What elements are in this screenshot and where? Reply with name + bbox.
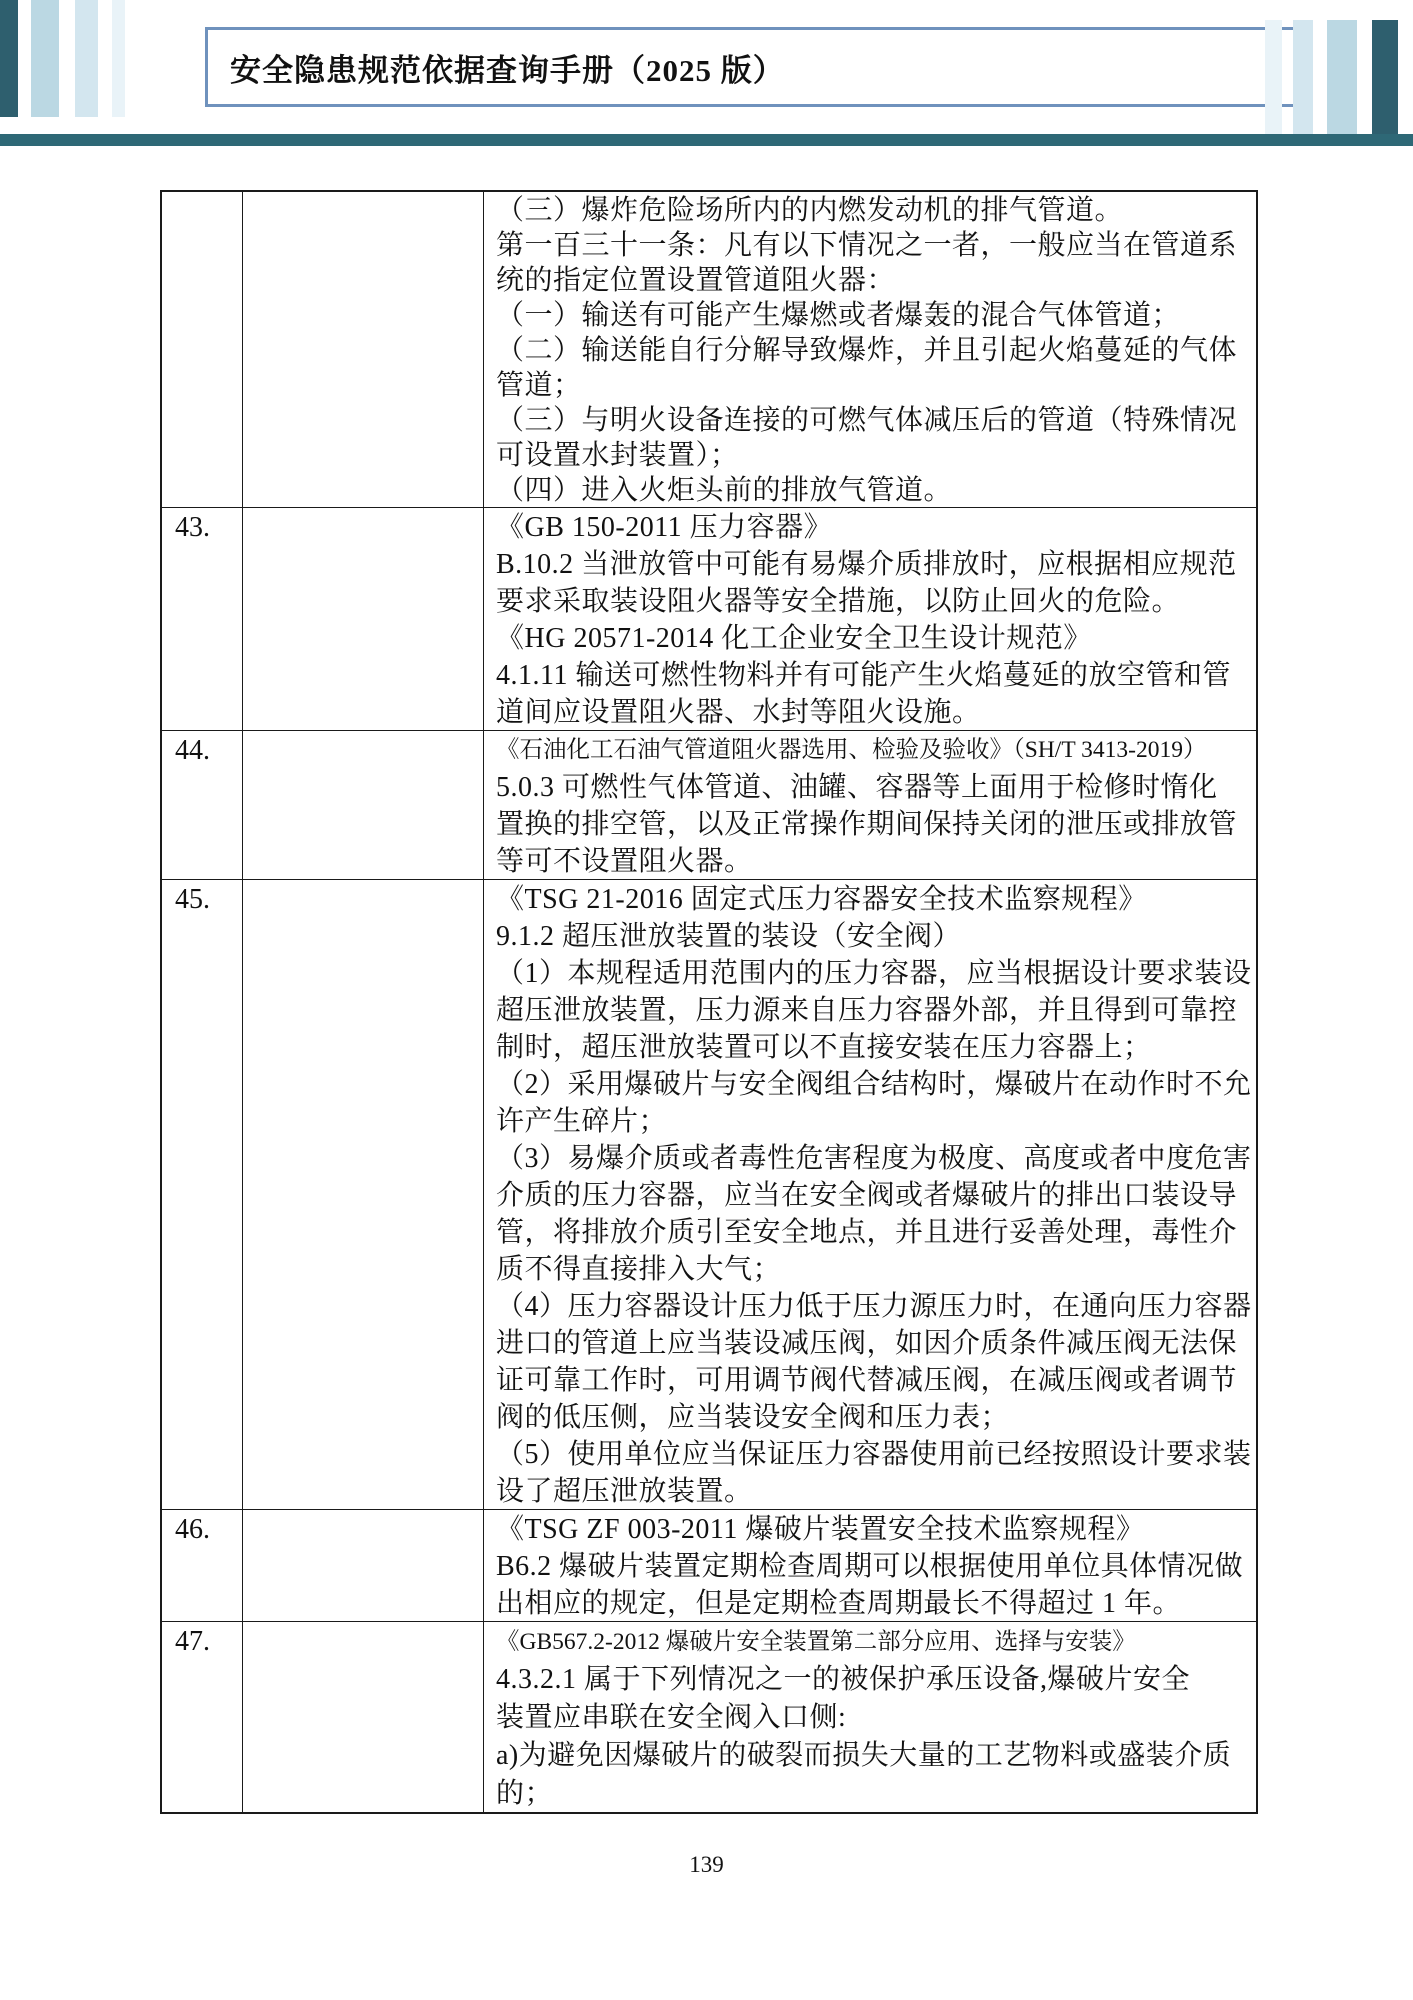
regulation-text-line: 4.3.2.1 属于下列情况之一的被保护承压设备,爆破片安全	[496, 1661, 1248, 1699]
table-row: 47.《GB567.2-2012 爆破片安全装置第二部分应用、选择与安装》4.3…	[162, 1621, 1256, 1812]
regulation-text-line: 5.0.3 可燃性气体管道、油罐、容器等上面用于检修时惰化	[496, 769, 1248, 806]
regulation-text-line: 《GB 150-2011 压力容器》	[496, 509, 1248, 546]
regulation-text-line: （4）压力容器设计压力低于压力源压力时，在通向压力容器	[496, 1288, 1248, 1325]
regulation-text-line: 《TSG ZF 003-2011 爆破片装置安全技术监察规程》	[496, 1511, 1248, 1548]
regulation-text-line: 《GB567.2-2012 爆破片安全装置第二部分应用、选择与安装》	[496, 1623, 1248, 1661]
hazard-description-cell	[242, 731, 484, 879]
document-page: 安全隐患规范依据查询手册（2025 版） （三）爆炸危险场所内的内燃发动机的排气…	[0, 0, 1413, 2000]
regulation-text-line: 第一百三十一条：凡有以下情况之一者，一般应当在管道系	[496, 228, 1248, 263]
hazard-description-cell	[242, 192, 484, 507]
regulation-text-line: （四）进入火炬头前的排放气管道。	[496, 473, 1248, 507]
regulation-text-cell: 《GB567.2-2012 爆破片安全装置第二部分应用、选择与安装》4.3.2.…	[484, 1622, 1256, 1812]
regulation-text-line: 管，将排放介质引至安全地点，并且进行妥善处理，毒性介	[496, 1214, 1248, 1251]
regulation-text-line: 统的指定位置设置管道阻火器：	[496, 263, 1248, 298]
regulation-text-line: （一）输送有可能产生爆燃或者爆轰的混合气体管道；	[496, 298, 1248, 333]
regulation-text-line: （三）与明火设备连接的可燃气体减压后的管道（特殊情况	[496, 403, 1248, 438]
regulation-text-line: （5）使用单位应当保证压力容器使用前已经按照设计要求装	[496, 1436, 1248, 1473]
regulation-text-line: 9.1.2 超压泄放装置的装设（安全阀）	[496, 918, 1248, 955]
header-left-bar-lighter	[75, 0, 98, 117]
page-number: 139	[0, 1852, 1413, 1878]
regulation-text-line: a)为避免因爆破片的破裂而损失大量的工艺物料或盛装介质	[496, 1737, 1248, 1775]
table-row: 43.《GB 150-2011 压力容器》B.10.2 当泄放管中可能有易爆介质…	[162, 507, 1256, 730]
regulation-text-line: 制时，超压泄放装置可以不直接安装在压力容器上；	[496, 1029, 1248, 1066]
regulation-text-line: 阀的低压侧，应当装设安全阀和压力表；	[496, 1399, 1248, 1436]
regulation-text-cell: 《TSG 21-2016 固定式压力容器安全技术监察规程》9.1.2 超压泄放装…	[484, 880, 1256, 1509]
header-right-bar-dark	[1372, 20, 1398, 142]
regulation-text-line: 《石油化工石油气管道阻火器选用、检验及验收》（SH/T 3413-2019）	[496, 732, 1248, 769]
regulation-text-line: 质不得直接排入大气；	[496, 1251, 1248, 1288]
regulation-text-line: 设了超压泄放装置。	[496, 1473, 1248, 1509]
header-right-bar-lightest	[1265, 20, 1282, 137]
page-title: 安全隐患规范依据查询手册（2025 版）	[208, 45, 785, 90]
regulation-text-line: 置换的排空管，以及正常操作期间保持关闭的泄压或排放管	[496, 806, 1248, 843]
row-number-cell: 43.	[162, 508, 242, 730]
regulation-text-line: 介质的压力容器，应当在安全阀或者爆破片的排出口装设导	[496, 1177, 1248, 1214]
regulation-text-line: 《HG 20571-2014 化工企业安全卫生设计规范》	[496, 620, 1248, 657]
regulation-text-cell: 《TSG ZF 003-2011 爆破片装置安全技术监察规程》B6.2 爆破片装…	[484, 1510, 1256, 1621]
regulation-text-line: B6.2 爆破片装置定期检查周期可以根据使用单位具体情况做	[496, 1548, 1248, 1585]
row-number-cell	[162, 192, 242, 507]
regulation-text-line: 进口的管道上应当装设减压阀，如因介质条件减压阀无法保	[496, 1325, 1248, 1362]
table-row: 45.《TSG 21-2016 固定式压力容器安全技术监察规程》9.1.2 超压…	[162, 879, 1256, 1509]
row-number-cell: 45.	[162, 880, 242, 1509]
header-left-bar-lightest	[112, 0, 125, 117]
row-number-cell: 44.	[162, 731, 242, 879]
hazard-description-cell	[242, 1510, 484, 1621]
row-number-cell: 47.	[162, 1622, 242, 1812]
regulation-text-line: 等可不设置阻火器。	[496, 843, 1248, 879]
regulation-text-line: 出相应的规定，但是定期检查周期最长不得超过 1 年。	[496, 1585, 1248, 1621]
regulation-text-cell: 《GB 150-2011 压力容器》B.10.2 当泄放管中可能有易爆介质排放时…	[484, 508, 1256, 730]
regulation-text-line: （3）易爆介质或者毒性危害程度为极度、高度或者中度危害	[496, 1140, 1248, 1177]
table-row: 44.《石油化工石油气管道阻火器选用、检验及验收》（SH/T 3413-2019…	[162, 730, 1256, 879]
table-row: 46.《TSG ZF 003-2011 爆破片装置安全技术监察规程》B6.2 爆…	[162, 1509, 1256, 1621]
regulation-text-cell: 《石油化工石油气管道阻火器选用、检验及验收》（SH/T 3413-2019）5.…	[484, 731, 1256, 879]
regulation-text-line: 4.1.11 输送可燃性物料并有可能产生火焰蔓延的放空管和管	[496, 657, 1248, 694]
row-number-cell: 46.	[162, 1510, 242, 1621]
regulation-text-line: 的；	[496, 1775, 1248, 1812]
header-title-box: 安全隐患规范依据查询手册（2025 版）	[205, 27, 1303, 107]
hazard-description-cell	[242, 880, 484, 1509]
regulation-text-line: （2）采用爆破片与安全阀组合结构时，爆破片在动作时不允	[496, 1066, 1248, 1103]
regulation-text-line: （1）本规程适用范围内的压力容器，应当根据设计要求装设	[496, 955, 1248, 992]
regulation-text-line: B.10.2 当泄放管中可能有易爆介质排放时，应根据相应规范	[496, 546, 1248, 583]
header-right-bar-light	[1327, 20, 1357, 137]
regulation-text-line: 许产生碎片；	[496, 1103, 1248, 1140]
hazard-description-cell	[242, 1622, 484, 1812]
header-right-bar-lighter	[1293, 20, 1313, 137]
hazard-description-cell	[242, 508, 484, 730]
regulation-text-line: 超压泄放装置，压力源来自压力容器外部，并且得到可靠控	[496, 992, 1248, 1029]
rules-table: （三）爆炸危险场所内的内燃发动机的排气管道。第一百三十一条：凡有以下情况之一者，…	[160, 190, 1258, 1814]
header-left-bar-light	[31, 0, 59, 117]
regulation-text-line: （三）爆炸危险场所内的内燃发动机的排气管道。	[496, 193, 1248, 228]
regulation-text-line: （二）输送能自行分解导致爆炸，并且引起火焰蔓延的气体	[496, 333, 1248, 368]
regulation-text-line: 可设置水封装置）；	[496, 438, 1248, 473]
table-row: （三）爆炸危险场所内的内燃发动机的排气管道。第一百三十一条：凡有以下情况之一者，…	[162, 192, 1256, 507]
regulation-text-line: 要求采取装设阻火器等安全措施，以防止回火的危险。	[496, 583, 1248, 620]
regulation-text-line: 道间应设置阻火器、水封等阻火设施。	[496, 694, 1248, 730]
regulation-text-line: 证可靠工作时，可用调节阀代替减压阀，在减压阀或者调节	[496, 1362, 1248, 1399]
regulation-text-cell: （三）爆炸危险场所内的内燃发动机的排气管道。第一百三十一条：凡有以下情况之一者，…	[484, 192, 1256, 507]
header-left-bar-dark	[0, 0, 18, 117]
regulation-text-line: 管道；	[496, 368, 1248, 403]
header-divider-band	[0, 134, 1413, 146]
regulation-text-line: 《TSG 21-2016 固定式压力容器安全技术监察规程》	[496, 881, 1248, 918]
regulation-text-line: 装置应串联在安全阀入口侧:	[496, 1699, 1248, 1737]
